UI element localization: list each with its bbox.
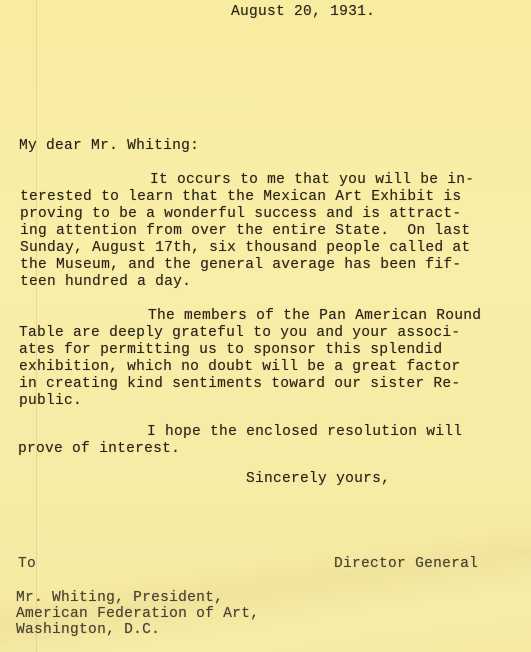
recipient-line: American Federation of Art,	[16, 606, 259, 624]
paragraph-line: in creating kind sentiments toward our s…	[19, 376, 460, 394]
closing: Sincerely yours,	[246, 471, 390, 489]
paragraph-line: prove of interest.	[18, 441, 180, 459]
paragraph-line: terested to learn that the Mexican Art E…	[20, 189, 461, 207]
recipient-line: Mr. Whiting, President,	[16, 590, 223, 608]
paragraph-line: I hope the enclosed resolution will	[147, 424, 462, 442]
paragraph-line: The members of the Pan American Round	[148, 308, 481, 326]
to-label: To	[18, 556, 36, 574]
paragraph-line: It occurs to me that you will be in-	[150, 172, 474, 190]
letter-page: August 20, 1931. My dear Mr. Whiting: It…	[0, 0, 531, 652]
signature-title: Director General	[334, 556, 478, 574]
paragraph-line: the Museum, and the general average has …	[20, 257, 461, 275]
paragraph-line: ing attention from over the entire State…	[20, 223, 470, 241]
letter-date: August 20, 1931.	[231, 4, 375, 22]
paragraph-line: exhibition, which no doubt will be a gre…	[19, 359, 460, 377]
paragraph-line: public.	[19, 393, 82, 411]
recipient-line: Washington, D.C.	[16, 622, 160, 640]
paragraph-line: Sunday, August 17th, six thousand people…	[20, 240, 470, 258]
salutation: My dear Mr. Whiting:	[19, 138, 199, 156]
paragraph-line: teen hundred a day.	[20, 274, 191, 292]
paragraph-line: Table are deeply grateful to you and you…	[19, 325, 460, 343]
paragraph-line: proving to be a wonderful success and is…	[20, 206, 461, 224]
paragraph-line: ates for permitting us to sponsor this s…	[19, 342, 442, 360]
